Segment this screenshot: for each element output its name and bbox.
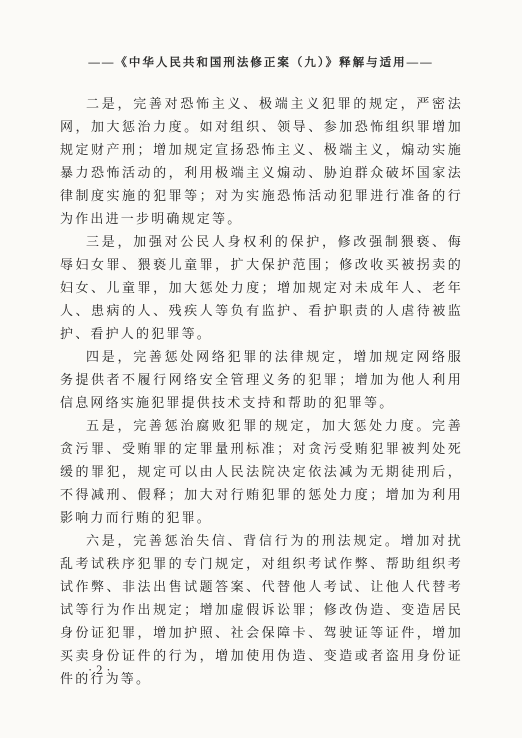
page-number-text: ·2· [88,663,115,677]
paragraph-dishonesty-crimes: 六是，完善惩治失信、背信行为的刑法规定。增加对扰乱考试秩序犯罪的专门规定，对组织… [60,529,463,690]
running-head: ——《中华人民共和国刑法修正案（九）》释解与适用—— [0,54,522,70]
running-head-title: ——《中华人民共和国刑法修正案（九）》释解与适用—— [88,57,433,69]
paragraph-corruption-crimes: 五是，完善惩治腐败犯罪的规定，加大惩处力度。完善贪污罪、受贿罪的定罪量刑标准；对… [60,414,463,529]
page-body: 二是，完善对恐怖主义、极端主义犯罪的规定，严密法网，加大惩治力度。如对组织、领导… [60,92,463,690]
book-page: ——《中华人民共和国刑法修正案（九）》释解与适用—— 二是，完善对恐怖主义、极端… [0,0,522,738]
paragraph-terrorism-crimes: 二是，完善对恐怖主义、极端主义犯罪的规定，严密法网，加大惩治力度。如对组织、领导… [60,92,463,230]
page-number: ·2· [88,663,115,678]
paragraph-cyber-crimes: 四是，完善惩处网络犯罪的法律规定，增加规定网络服务提供者不履行网络安全管理义务的… [60,345,463,414]
paragraph-personal-rights: 三是，加强对公民人身权利的保护，修改强制猥亵、侮辱妇女罪、猥亵儿童罪，扩大保护范… [60,230,463,345]
